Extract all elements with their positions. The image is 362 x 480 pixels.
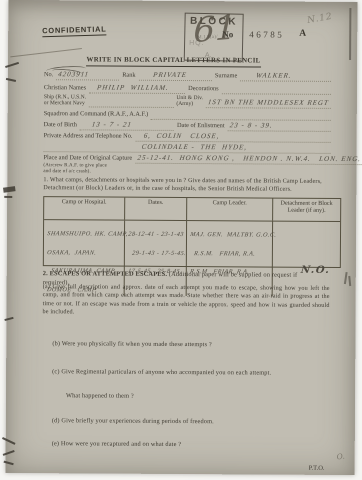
camps-table-header: Camp or Hospital. Dates. Camp Leader. De… <box>44 197 340 222</box>
pto-label: P.T.O. <box>309 466 325 473</box>
confidential-label: CONFIDENTIAL <box>42 25 106 37</box>
rank-label: Rank <box>122 73 135 81</box>
pencil-annotation: N.12 <box>307 13 334 26</box>
row-ship-unit: Ship (R.N., U.S.N.or Merchant Navy Unit … <box>44 93 331 109</box>
capture-note-line1: (Aircrew R.A.F. to give place <box>43 163 107 168</box>
capture-note-line2: and date of a/c crash). <box>43 169 90 174</box>
camp-cell: SHAMSHUIPO. HK. CAMP, <box>46 230 128 241</box>
camps-table: Camp or Hospital. Dates. Camp Leader. De… <box>43 196 341 268</box>
leader-cell: R.S.M. FRIAR, R.A. <box>193 250 256 261</box>
squadron-label: Squadron and Command (R.A.F., A.A.F.) <box>44 111 149 120</box>
squadron-field <box>151 110 331 121</box>
detachment-cell <box>283 226 285 236</box>
header-leader: Camp Leader. <box>186 198 272 221</box>
enlistment-field: 23 - 8 - 39. <box>228 121 331 132</box>
scanned-document: CONFIDENTIAL BLOCK HQ. A. 61 M.I.9(a)/ N… <box>0 0 362 480</box>
leader-cell: MAJ. GEN. MALTBY. G.O.C. <box>189 231 277 242</box>
address2-field: COLINDALE - THE HYDE, <box>44 142 331 154</box>
camps-question: 1. What camps, detachments or hospitals … <box>43 176 330 195</box>
unit-label-line2: (Army) <box>176 101 193 107</box>
capture-value: 25-12-41. HONG KONG , HENDON . N.W.4. LO… <box>137 155 362 164</box>
unit-label: Unit & Div.(Army) <box>176 95 203 109</box>
question-c2: What happened to them ? <box>66 392 329 402</box>
binding-mark <box>4 317 13 321</box>
dob-value: 13 - 7 - 21 <box>91 121 132 129</box>
service-no-value: 4203911 <box>58 71 90 79</box>
row-address-2: COLINDALE - THE HYDE, <box>44 142 331 154</box>
service-no-label: No. <box>44 72 53 80</box>
decorations-field <box>222 84 331 95</box>
dob-field: 13 - 7 - 21 <box>80 120 174 131</box>
christian-names-field: PHILIP WILLIAM. <box>89 83 185 94</box>
address-field: 6, COLIN CLOSE, <box>135 132 330 143</box>
surname-field: WALKER. <box>240 71 331 82</box>
row-number-rank-surname: No. 4203911 Rank PRIVATE Surname WALKER. <box>44 70 331 82</box>
ship-label: Ship (R.N., U.S.N.or Merchant Navy <box>44 94 86 108</box>
leader-cell <box>189 244 191 254</box>
binding-mark <box>6 78 16 82</box>
header-camp: Camp or Hospital. <box>44 197 124 219</box>
decorations-label: Decorations <box>188 86 218 94</box>
ship-field <box>89 97 173 108</box>
rank-field: PRIVATE <box>138 71 211 81</box>
serial-number: 46785 <box>249 30 284 39</box>
dob-label: Date of Birth <box>44 122 77 130</box>
question-e: (e) How were you recaptured and on what … <box>52 440 329 450</box>
detachment-cell <box>279 226 281 236</box>
header-dates: Dates. <box>124 198 186 220</box>
ship-label-line2: or Merchant Navy <box>44 100 85 106</box>
binding-mark <box>3 186 16 193</box>
pencil-mark: O. <box>336 452 345 461</box>
dates-cell: 29-1-43 - 17-5-45. <box>131 249 187 260</box>
surname-label: Surname <box>215 73 237 81</box>
capture-note: (Aircrew R.A.F. to give place and date o… <box>43 163 107 176</box>
rank-value: PRIVATE <box>152 72 187 80</box>
row-dob-enlistment: Date of Birth 13 - 7 - 21 Date of Enlist… <box>44 120 331 132</box>
service-no-field: 4203911 <box>56 70 119 80</box>
form-instruction-heading: WRITE IN BLOCK CAPITAL LETTERS IN PENCIL <box>66 57 281 65</box>
ship-label-line1: Ship (R.N., U.S.N. <box>44 94 86 100</box>
binding-mark <box>4 196 12 198</box>
binding-mark <box>4 461 14 466</box>
unit-field: 1ST BN THE MIDDLESEX REGT <box>206 98 331 109</box>
christian-names-label: Christian Names <box>44 85 86 93</box>
edge-streak <box>348 276 350 286</box>
binding-mark <box>2 437 16 445</box>
surname-value: WALKER. <box>256 72 293 80</box>
address-value: 6, COLIN CLOSE, <box>143 133 220 141</box>
escapes-answer: N.O. <box>300 266 331 276</box>
unit-label-line1: Unit & Div. <box>176 95 203 101</box>
edge-streak <box>344 272 347 284</box>
serial-prefix: M.I.9(a)/ <box>197 35 218 41</box>
enlistment-value: 23 - 8 - 39. <box>229 122 273 130</box>
edge-streak <box>349 8 351 60</box>
address2-value: COLINDALE - THE HYDE, <box>141 144 248 152</box>
serial-no-label: No <box>222 30 233 39</box>
question-a: (a) Give full description and approx. da… <box>43 283 330 319</box>
question-c: (c) Give Regimental particulars of anyon… <box>52 368 329 378</box>
unit-value: 1ST BN THE MIDDLESEX REGT <box>207 99 329 107</box>
capture-field: 25-12-41. HONG KONG , HENDON . N.W.4. LO… <box>135 154 362 165</box>
fold-crease <box>10 48 82 58</box>
form-page: CONFIDENTIAL BLOCK HQ. A. 61 M.I.9(a)/ N… <box>6 0 358 475</box>
row-squadron: Squadron and Command (R.A.F., A.A.F.) <box>44 109 331 121</box>
christian-names-value: PHILIP WILLIAM. <box>97 84 170 92</box>
row-address: Private Address and Telephone No. 6, COL… <box>44 131 331 143</box>
escapes-title-main: 2. ESCAPES OR ATTEMPTED ESCAPES. <box>43 270 167 278</box>
header-detachment: Detachment or Block Leader (if any). <box>272 199 340 221</box>
detachment-cell <box>287 226 289 236</box>
serial-letter: A <box>299 30 306 40</box>
binding-mark <box>3 450 15 456</box>
form-instruction-text: WRITE IN BLOCK CAPITAL LETTERS IN PENCIL <box>87 56 261 67</box>
binding-mark <box>5 62 19 68</box>
question-d: (d) Give briefly your experiences during… <box>52 417 329 427</box>
address-label: Private Address and Telephone No. <box>44 133 133 141</box>
dates-cell <box>127 244 129 254</box>
question-b: (b) Were you physically fit when you mad… <box>52 340 329 350</box>
dates-cell: 28-12-41 - 23-1-43 <box>127 231 184 242</box>
enlistment-label: Date of Enlistment <box>177 123 225 131</box>
camps-table-body: SHAMSHUIPO. HK. CAMP, OSAKA, JAPAN. SAKU… <box>44 220 340 267</box>
camp-cell: OSAKA, JAPAN. <box>46 249 97 260</box>
